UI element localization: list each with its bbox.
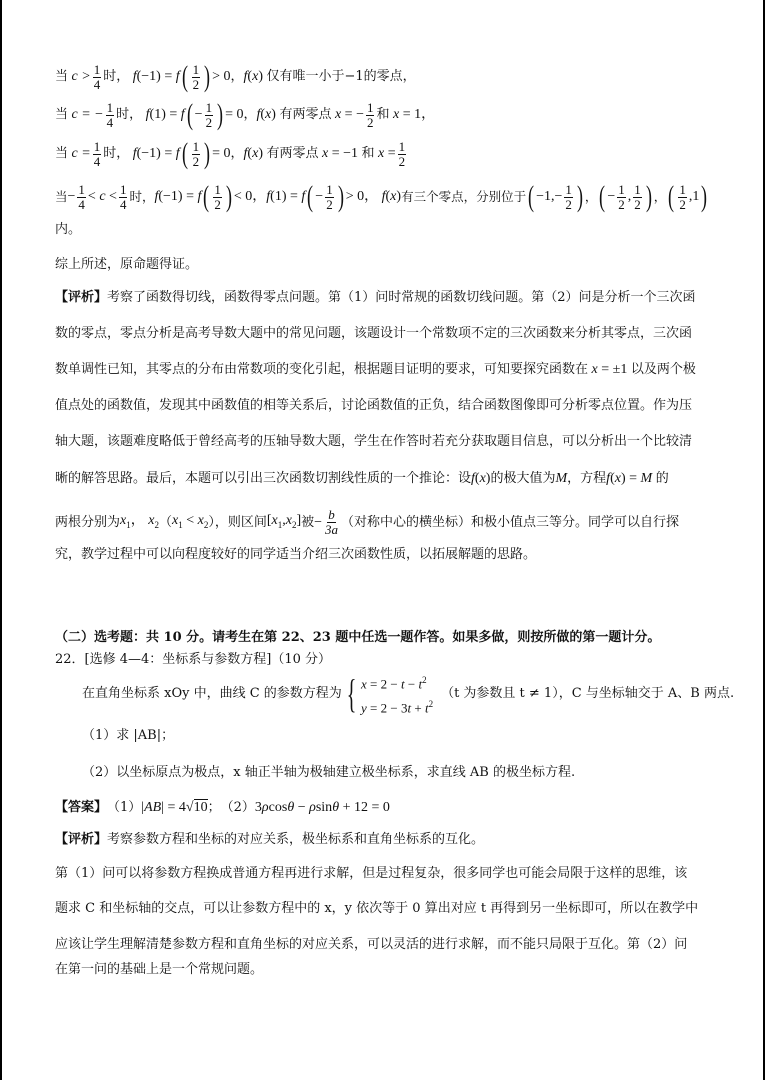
math: x = − <box>331 105 364 125</box>
text: 时， <box>103 144 129 164</box>
math: − <box>68 187 76 207</box>
math: x = <box>375 144 396 164</box>
text: ， <box>585 187 598 207</box>
math: c = − <box>68 105 104 125</box>
fraction: 14 <box>106 101 115 130</box>
text: ， <box>231 144 244 164</box>
math: = 0 <box>212 144 230 164</box>
analysis-1-line-3: 数单调性已知，其零点的分布由常数项的变化引起，根据题目证明的要求，可知要探究函数… <box>55 360 696 380</box>
paren: ) <box>646 182 652 212</box>
fraction: 14 <box>93 63 102 92</box>
math: − <box>315 187 323 207</box>
math: f(x) <box>471 469 490 489</box>
math: − <box>195 105 203 125</box>
paren: ) <box>701 182 707 212</box>
analysis-1-line-2: 数的零点，零点分析是高考导数大题中的常见问题，该题设计一个常数项不定的三次函数来… <box>55 324 692 344</box>
case-line-1: 当 c > 14 时， f(−1) = f (12) > 0 ， f(x) 仅有… <box>55 62 416 92</box>
math: < 0，f(1) = f <box>234 187 305 207</box>
text: 考察参数方程和坐标的对应关系，极坐标系和直角坐标系的互化。 <box>107 830 484 850</box>
math: f(−1) = f <box>129 144 179 164</box>
paren: ( <box>182 139 188 169</box>
text: 的 <box>656 469 669 489</box>
text: 有两零点 <box>279 105 331 125</box>
equation-x: x = 2 − t − t2 <box>361 670 433 694</box>
analysis-1-line-4: 值点处的函数值，发现其中函数值的相等关系后，讨论函数值的正负，结合函数图像即可分… <box>55 396 692 416</box>
text: （ <box>159 513 172 533</box>
paren: ) <box>204 62 210 92</box>
analysis-1-line-5: 轴大题，该题难度略低于曾经高考的压轴导数大题，学生在作答时若充分获取题目信息，可… <box>55 432 692 452</box>
math: = 0 <box>225 105 243 125</box>
analysis-label: 【评析】 <box>55 830 107 850</box>
math: 3ρcosθ − ρsinθ + 12 = 0 <box>255 798 390 818</box>
text: ， <box>231 67 244 87</box>
text: ，方程 <box>567 469 606 489</box>
math: x = −1 <box>319 144 362 164</box>
text: 在直角坐标系 xOy 中，曲线 C 的参数方程为 <box>82 684 342 704</box>
math: < c < <box>88 187 117 207</box>
fraction: 12 <box>205 101 214 130</box>
text: 仅有唯一小于−1的零点， <box>266 67 415 87</box>
math: [x1,x2] <box>267 511 301 535</box>
equation-y: y = 2 − 3t + t2 <box>361 694 433 718</box>
text: 时， <box>116 105 142 125</box>
paren: ) <box>226 182 232 212</box>
case-line-4: 当 − 14 < c < 14 时， f(−1) = f (12) < 0，f(… <box>55 182 709 212</box>
text: 晰的解答思路。最后，本题可以引出三次函数切割线性质的一个推论：设 <box>55 469 471 489</box>
analysis-label: 【评析】 <box>55 288 107 308</box>
math: f(1) = f <box>142 105 185 125</box>
math: > 0， f(x) <box>346 187 401 207</box>
text: ， <box>243 105 256 125</box>
text: 数单调性已知，其零点的分布由常数项的变化引起，根据题目证明的要求，可知要探究函数… <box>55 360 588 380</box>
paren: ( <box>203 182 209 212</box>
fraction: b3a <box>324 508 339 537</box>
fraction: 12 <box>564 183 573 212</box>
math: − <box>607 187 615 207</box>
page-border-right <box>763 0 765 1080</box>
text: 当 <box>55 144 68 164</box>
fraction: 14 <box>119 183 128 212</box>
fraction: 12 <box>678 183 687 212</box>
fraction: 12 <box>192 63 201 92</box>
analysis-1-line-6: 晰的解答思路。最后，本题可以引出三次函数切割线性质的一个推论：设 f(x) 的极… <box>55 469 669 489</box>
math: f(−1) = f <box>129 67 179 87</box>
math: f(−1) = f <box>154 187 201 207</box>
paren: ( <box>528 182 534 212</box>
text: ），则区间 <box>208 513 267 533</box>
analysis-1-line-8: 究，教学过程中可以向程度较好的同学适当介绍三次函数性质，以拓展解题的思路。 <box>55 545 536 565</box>
paren: ( <box>187 100 193 130</box>
left-brace: { <box>347 674 357 714</box>
fraction: 12 <box>213 183 222 212</box>
math: c = <box>68 144 91 164</box>
math: x = 1， <box>389 105 435 125</box>
math: ,1 <box>689 187 700 207</box>
q22-part-2: （2）以坐标原点为极点，x 轴正半轴为极轴建立极坐标系，求直线 AB 的极坐标方… <box>82 763 575 783</box>
q22-part-1: （1）求 |AB|； <box>82 726 174 746</box>
math: f(x) <box>244 67 267 87</box>
text: 有两零点 <box>266 144 318 164</box>
math: , <box>628 187 632 207</box>
analysis-2-line-3: 题求 C 和坐标轴的交点，可以让参数方程中的 x，y 依次等于 0 算出对应 t… <box>55 899 698 919</box>
text: 以及两个极 <box>631 360 696 380</box>
paren: ( <box>599 182 605 212</box>
fraction: 14 <box>93 140 102 169</box>
fraction: 12 <box>325 183 334 212</box>
math: c > <box>68 67 91 87</box>
fraction: 12 <box>617 183 626 212</box>
text: ， <box>654 187 667 207</box>
text: 和 <box>376 105 389 125</box>
text: 和 <box>362 144 375 164</box>
text: （t 为参数且 t ≠ 1），C 与坐标轴交于 A、B 两点. <box>441 684 734 704</box>
paren: ) <box>577 182 583 212</box>
paren: ( <box>182 62 188 92</box>
math: f(x) <box>256 105 279 125</box>
math: x1 < x2 <box>172 511 208 535</box>
section-2-heading: （二）选考题：共 10 分。请考生在第 22、23 题中任选一题作答。如果多做，… <box>55 628 660 648</box>
text: 时， <box>129 187 154 207</box>
paren: ( <box>307 182 313 212</box>
analysis-1-line-1: 【评析】 考察了函数得切线，函数得零点问题。第（1）问时常规的函数切线问题。第（… <box>55 288 696 308</box>
text: 当 <box>55 187 68 207</box>
q22-title: 22．[选修 4—4：坐标系与参数方程]（10 分） <box>55 650 331 670</box>
math: > 0 <box>212 67 230 87</box>
text: 当 <box>55 105 68 125</box>
math: f(x) = M <box>606 469 656 489</box>
text: （对称中心的横坐标）和极小值点三等分。同学可以自行探 <box>341 513 679 533</box>
text: 时， <box>103 67 129 87</box>
paren: ) <box>204 139 210 169</box>
fraction: 12 <box>398 140 407 169</box>
text: 被 <box>301 513 314 533</box>
math: x = ±1 <box>588 360 631 380</box>
text: （2） <box>221 798 255 818</box>
math: f(x) <box>244 144 267 164</box>
text: 两根分别为 <box>55 513 120 533</box>
text: ； <box>208 798 221 818</box>
text: 有三个零点，分别位于 <box>401 187 526 207</box>
parametric-system: x = 2 − t − t2 y = 2 − 3t + t2 <box>361 670 433 719</box>
text: （1） <box>107 798 141 818</box>
answer-line: 【答案】 （1） |AB| = 4√10 ； （2） 3ρcosθ − ρsin… <box>55 798 390 818</box>
paren: ( <box>668 182 674 212</box>
answer-label: 【答案】 <box>55 798 107 818</box>
fraction: 12 <box>192 140 201 169</box>
fraction: 12 <box>633 183 642 212</box>
case-line-2: 当 c = − 14 时， f(1) = f (−12) = 0 ， f(x) … <box>55 100 435 130</box>
analysis-2-line-4: 应该让学生理解清楚参数方程和直角坐标的对应关系，可以灵活的进行求解，而不能只局限… <box>55 935 687 955</box>
fraction: 14 <box>77 183 86 212</box>
math: x1， x2 <box>120 511 159 535</box>
inside-text: 内。 <box>55 220 81 240</box>
q22-stem: 在直角坐标系 xOy 中，曲线 C 的参数方程为 { x = 2 − t − t… <box>82 673 734 715</box>
math: |AB| = 4√10 <box>141 798 207 818</box>
math: M <box>555 469 567 489</box>
text: 考察了函数得切线，函数得零点问题。第（1）问时常规的函数切线问题。第（2）问是分… <box>107 288 696 308</box>
text: 当 <box>55 67 68 87</box>
analysis-1-line-7: 两根分别为 x1， x2 （ x1 < x2 ），则区间 [x1,x2] 被 −… <box>55 508 679 537</box>
text: 的极大值为 <box>490 469 555 489</box>
analysis-2-line-1: 【评析】 考察参数方程和坐标的对应关系，极坐标系和直角坐标系的互化。 <box>55 830 484 850</box>
page-border-left <box>0 0 2 1080</box>
paren: ) <box>217 100 223 130</box>
analysis-2-line-5: 在第一问的基础上是一个常规问题。 <box>55 960 263 980</box>
math: − <box>314 513 322 533</box>
case-line-3: 当 c = 14 时， f(−1) = f (12) = 0 ， f(x) 有两… <box>55 139 408 169</box>
fraction: 12 <box>366 101 375 130</box>
conclusion: 综上所述，原命题得证。 <box>55 255 198 275</box>
paren: ) <box>338 182 344 212</box>
analysis-2-line-2: 第（1）问可以将参数方程换成普通方程再进行求解，但是过程复杂，很多同学也可能会局… <box>55 864 687 884</box>
math: −1,− <box>536 187 562 207</box>
